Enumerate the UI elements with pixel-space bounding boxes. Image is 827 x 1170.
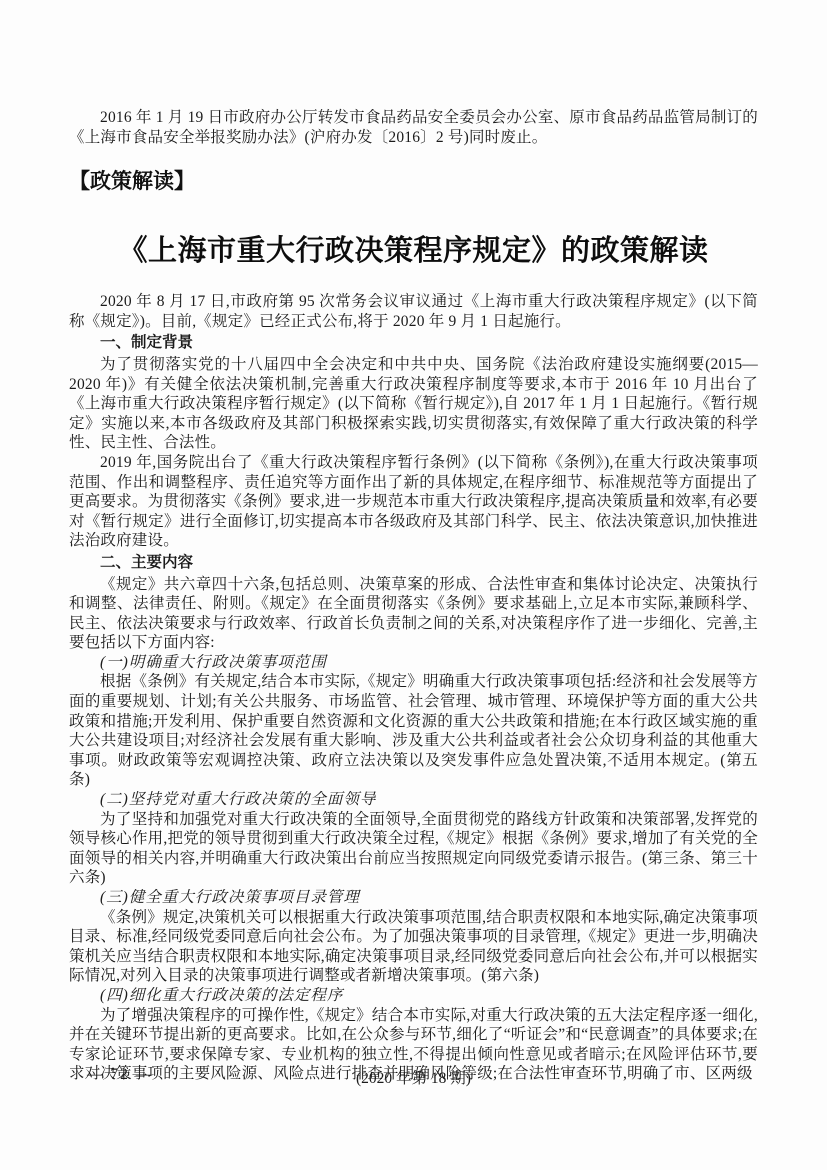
body-paragraph: 《规定》共六章四十六条,包括总则、决策草案的形成、合法性审查和集体讨论决定、决策… [69,575,758,653]
body-paragraph: 为了贯彻落实党的十八届四中全会决定和中共中央、国务院《法治政府建设实施纲要(20… [69,355,758,453]
subsection-heading-2: (二)坚持党对重大行政决策的全面领导 [69,790,758,810]
article-title: 《上海市重大行政决策程序规定》的政策解读 [69,231,758,271]
page-number: — 72 — [87,1066,153,1084]
body-paragraph: 根据《条例》有关规定,结合本市实际,《规定》明确重大行政决策事项包括:经济和社会… [69,672,758,790]
section-heading-1: 一、制定背景 [69,333,758,353]
subsection-heading-1: (一)明确重大行政决策事项范围 [69,653,758,673]
body-paragraph: 2019 年,国务院出台了《重大行政决策程序暂行条例》(以下简称《条例》),在重… [69,453,758,551]
body-paragraph: 2020 年 8 月 17 日,市政府第 95 次常务会议审议通过《上海市重大行… [69,292,758,331]
subsection-heading-4: (四)细化重大行政决策的法定程序 [69,986,758,1006]
page-content: 2016 年 1 月 19 日市政府办公厅转发市食品药品安全委员会办公室、原市食… [69,108,758,1084]
issue-label: (2020 年第 18 期) [69,1066,758,1088]
body-paragraph: 《条例》规定,决策机关可以根据重大行政决策事项范围,结合职责权限和本地实际,确定… [69,908,758,986]
document-page: 2016 年 1 月 19 日市政府办公厅转发市食品药品安全委员会办公室、原市食… [0,0,827,1170]
page-footer: — 72 — (2020 年第 18 期) [69,1066,758,1090]
lead-paragraph: 2016 年 1 月 19 日市政府办公厅转发市食品药品安全委员会办公室、原市食… [69,108,758,147]
column-tag: 【政策解读】 [69,169,758,195]
section-heading-2: 二、主要内容 [69,553,758,573]
body-paragraph: 为了坚持和加强党对重大行政决策的全面领导,全面贯彻党的路线方针政策和决策部署,发… [69,810,758,888]
subsection-heading-3: (三)健全重大行政决策事项目录管理 [69,888,758,908]
